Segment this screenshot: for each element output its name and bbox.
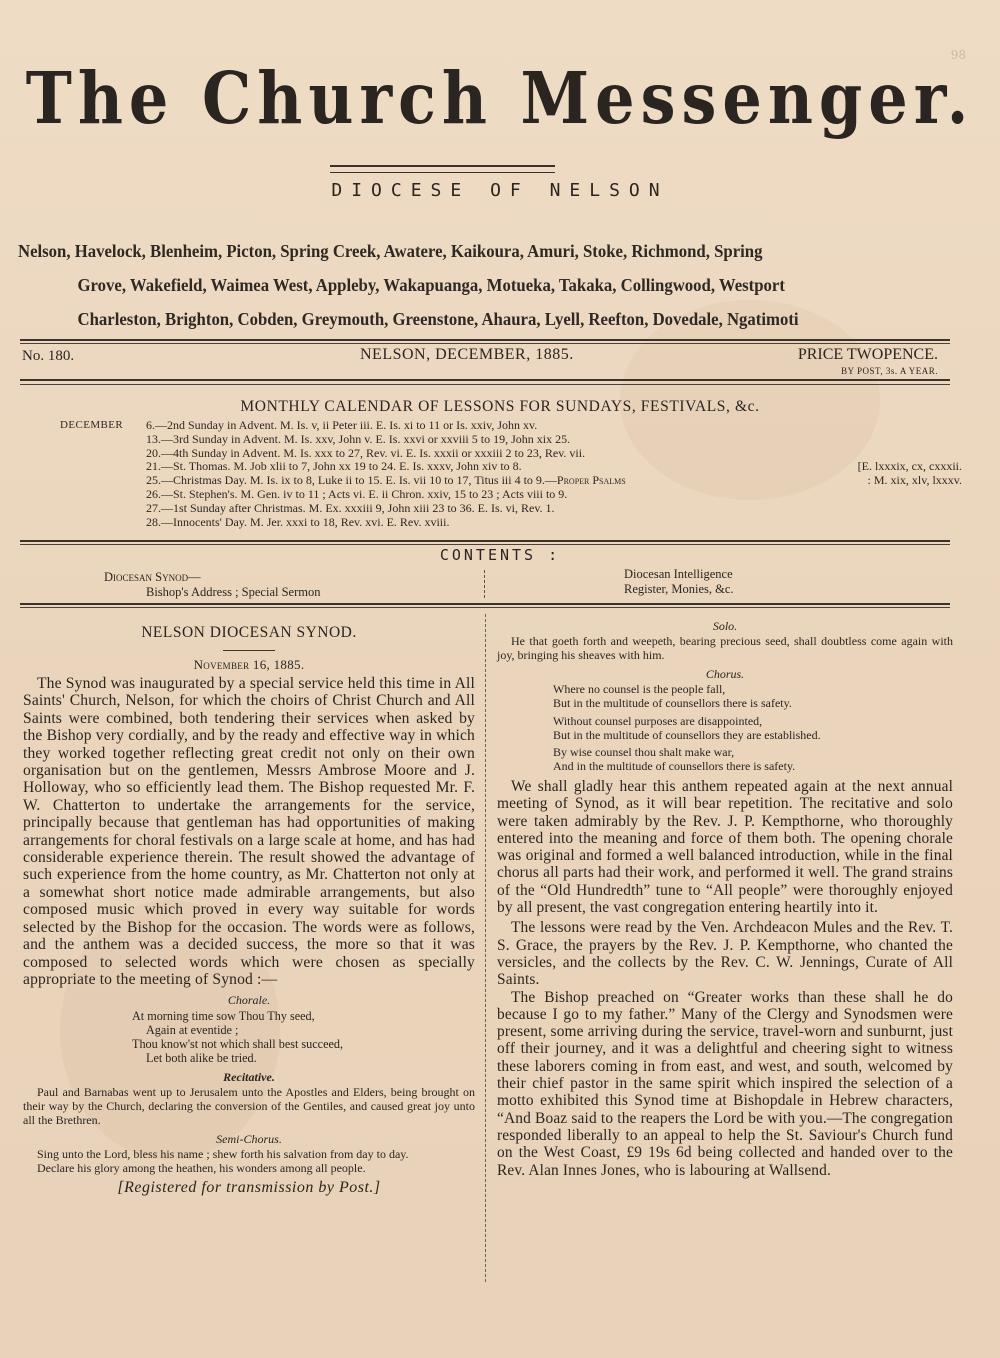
registered-notice: [Registered for transmission by Post.] [23,1179,475,1197]
calendar-title: MONTHLY CALENDAR OF LESSONS FOR SUNDAYS,… [0,398,1000,416]
divider [20,379,950,381]
chorus-stanza: Without counsel purposes are disappointe… [553,715,953,743]
calendar-month: DECEMBER [60,419,123,433]
divider [20,607,950,608]
calendar-entry: 28.—Innocents' Day. M. Jer. xxxi to 18, … [146,516,449,530]
calendar-row: 21.—St. Thomas. M. Job xlii to 7, John x… [60,460,960,474]
masthead-title: The Church Messenger. [0,63,1000,134]
calendar-row: 26.—St. Stephen's. M. Gen. iv to 11 ; Ac… [60,488,960,502]
contents-item: Diocesan Intelligence [624,567,734,582]
newspaper-page: 98 The Church Messenger. DIOCESE OF NELS… [0,0,1000,1358]
divider [20,603,950,605]
contents-item: Register, Monies, &c. [624,582,734,597]
calendar-entry: 20.—4th Sunday in Advent. M. Is. xxx to … [146,447,585,461]
title-rule [223,650,275,651]
semi-chorus-text: Declare his glory among the heathen, his… [23,1162,475,1176]
chorus-verse: Where no counsel is the people fall, But… [497,683,953,774]
chorale-verse: At morning time sow Thou Thy seed, Again… [23,1009,475,1065]
verse-line: Thou know'st not which shall best succee… [132,1037,475,1051]
chorus-heading: Chorus. [497,667,953,682]
contents-divider [484,570,485,598]
calendar-psalms-morning: : M. xix, xlv, lxxxv. [868,474,962,488]
calendar-entry: 27.—1st Sunday after Christmas. M. Ex. x… [146,502,555,516]
verse-line: And in the multitude of counsellors ther… [553,760,953,774]
chorus-stanza: Where no counsel is the people fall, But… [553,683,953,711]
calendar-entry: 25.—Christmas Day. M. Is. ix to 8, Luke … [146,474,626,488]
masthead-rule [330,165,555,173]
contents-left: Diocesan Synod— Bishop's Address ; Speci… [104,570,320,600]
subscription-price: BY POST, 3s. A YEAR. [841,366,938,376]
recitative-heading: Recitative. [23,1070,475,1085]
parish-list: Nelson, Havelock, Blenheim, Picton, Spri… [18,234,892,336]
proper-psalms-label: Proper Psalms [557,473,626,487]
calendar-row: 13.—3rd Sunday in Advent. M. Is. xxv, Jo… [60,433,960,447]
divider [20,540,950,542]
semi-chorus-heading: Semi-Chorus. [23,1132,475,1147]
parish-line: Grove, Wakefield, Waimea West, Appleby, … [18,268,892,302]
article-paragraph: The lessons were read by the Ven. Archde… [497,919,953,988]
article-column-right: Solo. He that goeth forth and weepeth, b… [497,614,953,1179]
article-paragraph: We shall gladly hear this anthem repeate… [497,778,953,916]
contents-item-sub: Bishop's Address ; Special Sermon [104,585,320,600]
solo-heading: Solo. [497,619,953,634]
divider [20,384,950,385]
calendar-psalms-evening: [E. lxxxix, cx, cxxxii. [858,460,962,474]
calendar-entry: 6.—2nd Sunday in Advent. M. Is. v, ii Pe… [146,419,537,433]
diocese-heading: DIOCESE OF NELSON [0,180,1000,201]
contents-heading: CONTENTS : [0,546,1000,564]
verse-line: At morning time sow Thou Thy seed, [132,1009,475,1023]
chorus-stanza: By wise counsel thou shalt make war, And… [553,746,953,774]
article-title: NELSON DIOCESAN SYNOD. [23,624,475,642]
lessons-calendar: DECEMBER 6.—2nd Sunday in Advent. M. Is.… [60,419,960,529]
dateline: NELSON, DECEMBER, 1885. [360,346,574,364]
verse-line: But in the multitude of counsellors they… [553,729,953,743]
issue-number: No. 180. [22,348,74,365]
verse-line: Let both alike be tried. [132,1051,475,1065]
verse-line: But in the multitude of counsellors ther… [553,697,953,711]
calendar-entry: 26.—St. Stephen's. M. Gen. iv to 11 ; Ac… [146,488,567,502]
verse-line: By wise counsel thou shalt make war, [553,746,953,760]
parish-line: Nelson, Havelock, Blenheim, Picton, Spri… [18,234,892,268]
calendar-row: 20.—4th Sunday in Advent. M. Is. xxx to … [60,447,960,461]
divider [20,544,950,545]
verse-line: Again at eventide ; [132,1023,475,1037]
calendar-row: 25.—Christmas Day. M. Is. ix to 8, Luke … [60,474,960,488]
article-paragraph: The Bishop preached on “Greater works th… [497,989,953,1179]
calendar-row: 27.—1st Sunday after Christmas. M. Ex. x… [60,502,960,516]
article-column-left: NELSON DIOCESAN SYNOD. November 16, 1885… [23,622,475,1197]
article-paragraph: The Synod was inaugurated by a special s… [23,675,475,988]
semi-chorus-text: Sing unto the Lord, bless his name ; she… [23,1148,475,1162]
column-divider [485,614,486,1282]
divider [20,339,950,341]
calendar-entry: 21.—St. Thomas. M. Job xlii to 7, John x… [146,460,522,474]
contents-item-title: Diocesan Synod— [104,570,320,585]
divider [20,343,950,344]
solo-text: He that goeth forth and weepeth, bearing… [497,635,953,662]
calendar-entry: 13.—3rd Sunday in Advent. M. Is. xxv, Jo… [146,433,570,447]
recitative-text: Paul and Barnabas went up to Jerusalem u… [23,1086,475,1127]
price: PRICE TWOPENCE. [798,346,938,364]
contents-right: Diocesan Intelligence Register, Monies, … [624,567,734,597]
calendar-row: 28.—Innocents' Day. M. Jer. xxxi to 18, … [60,516,960,530]
calendar-row: DECEMBER 6.—2nd Sunday in Advent. M. Is.… [60,419,960,433]
verse-line: Without counsel purposes are disappointe… [553,715,953,729]
chorale-heading: Chorale. [23,993,475,1008]
calendar-entry-text: 25.—Christmas Day. M. Is. ix to 8, Luke … [146,473,557,487]
article-date: November 16, 1885. [23,657,475,673]
verse-line: Where no counsel is the people fall, [553,683,953,697]
parish-line: Charleston, Brighton, Cobden, Greymouth,… [18,302,892,336]
